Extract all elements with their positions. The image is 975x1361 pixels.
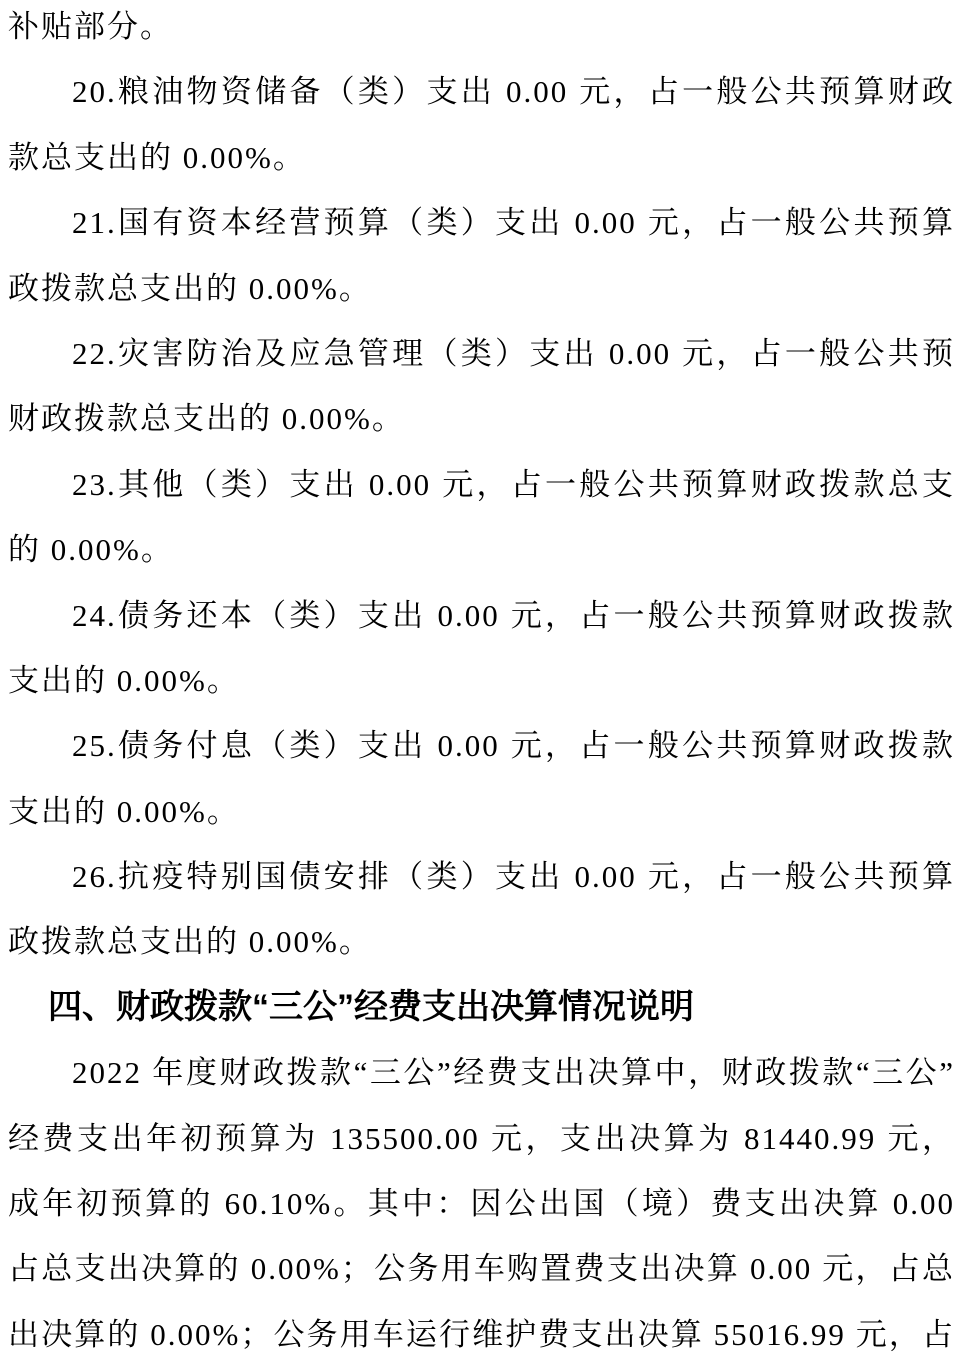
text-line: 补贴部分。	[8, 0, 955, 59]
text-line: 2022 年度财政拨款“三公”经费支出决算中，财政拨款“三公”	[8, 1040, 955, 1105]
text-line: 款总支出的 0.00%。	[8, 125, 955, 190]
text-line: 财政拨款总支出的 0.00%。	[8, 386, 955, 451]
text-line: 23.其他（类）支出 0.00 元，占一般公共预算财政拨款总支出	[8, 452, 955, 517]
text-line: 24.债务还本（类）支出 0.00 元，占一般公共预算财政拨款总	[8, 583, 955, 648]
text-line: 政拨款总支出的 0.00%。	[8, 909, 955, 974]
text-line: 政拨款总支出的 0.00%。	[8, 256, 955, 321]
text-line: 经费支出年初预算为 135500.00 元，支出决算为 81440.99 元，完	[8, 1106, 955, 1171]
text-line: 出决算的 0.00%；公务用车运行维护费支出决算 55016.99 元，占总	[8, 1302, 955, 1361]
text-line: 支出的 0.00%。	[8, 648, 955, 713]
text-line: 成年初预算的 60.10%。其中：因公出国（境）费支出决算 0.00 元，	[8, 1171, 955, 1236]
text-line: 支出的 0.00%。	[8, 779, 955, 844]
text-line: 的 0.00%。	[8, 517, 955, 582]
section-heading: 四、财政拨款“三公”经费支出决算情况说明	[8, 975, 955, 1040]
text-line: 22.灾害防治及应急管理（类）支出 0.00 元，占一般公共预算	[8, 321, 955, 386]
text-line: 21.国有资本经营预算（类）支出 0.00 元，占一般公共预算财	[8, 190, 955, 255]
document-page: 补贴部分。 20.粮油物资储备（类）支出 0.00 元，占一般公共预算财政拨 款…	[0, 0, 975, 1361]
text-line: 26.抗疫特别国债安排（类）支出 0.00 元，占一般公共预算财	[8, 844, 955, 909]
text-line: 20.粮油物资储备（类）支出 0.00 元，占一般公共预算财政拨	[8, 59, 955, 124]
text-line: 占总支出决算的 0.00%；公务用车购置费支出决算 0.00 元，占总支	[8, 1236, 955, 1301]
text-line: 25.债务付息（类）支出 0.00 元，占一般公共预算财政拨款总	[8, 713, 955, 778]
